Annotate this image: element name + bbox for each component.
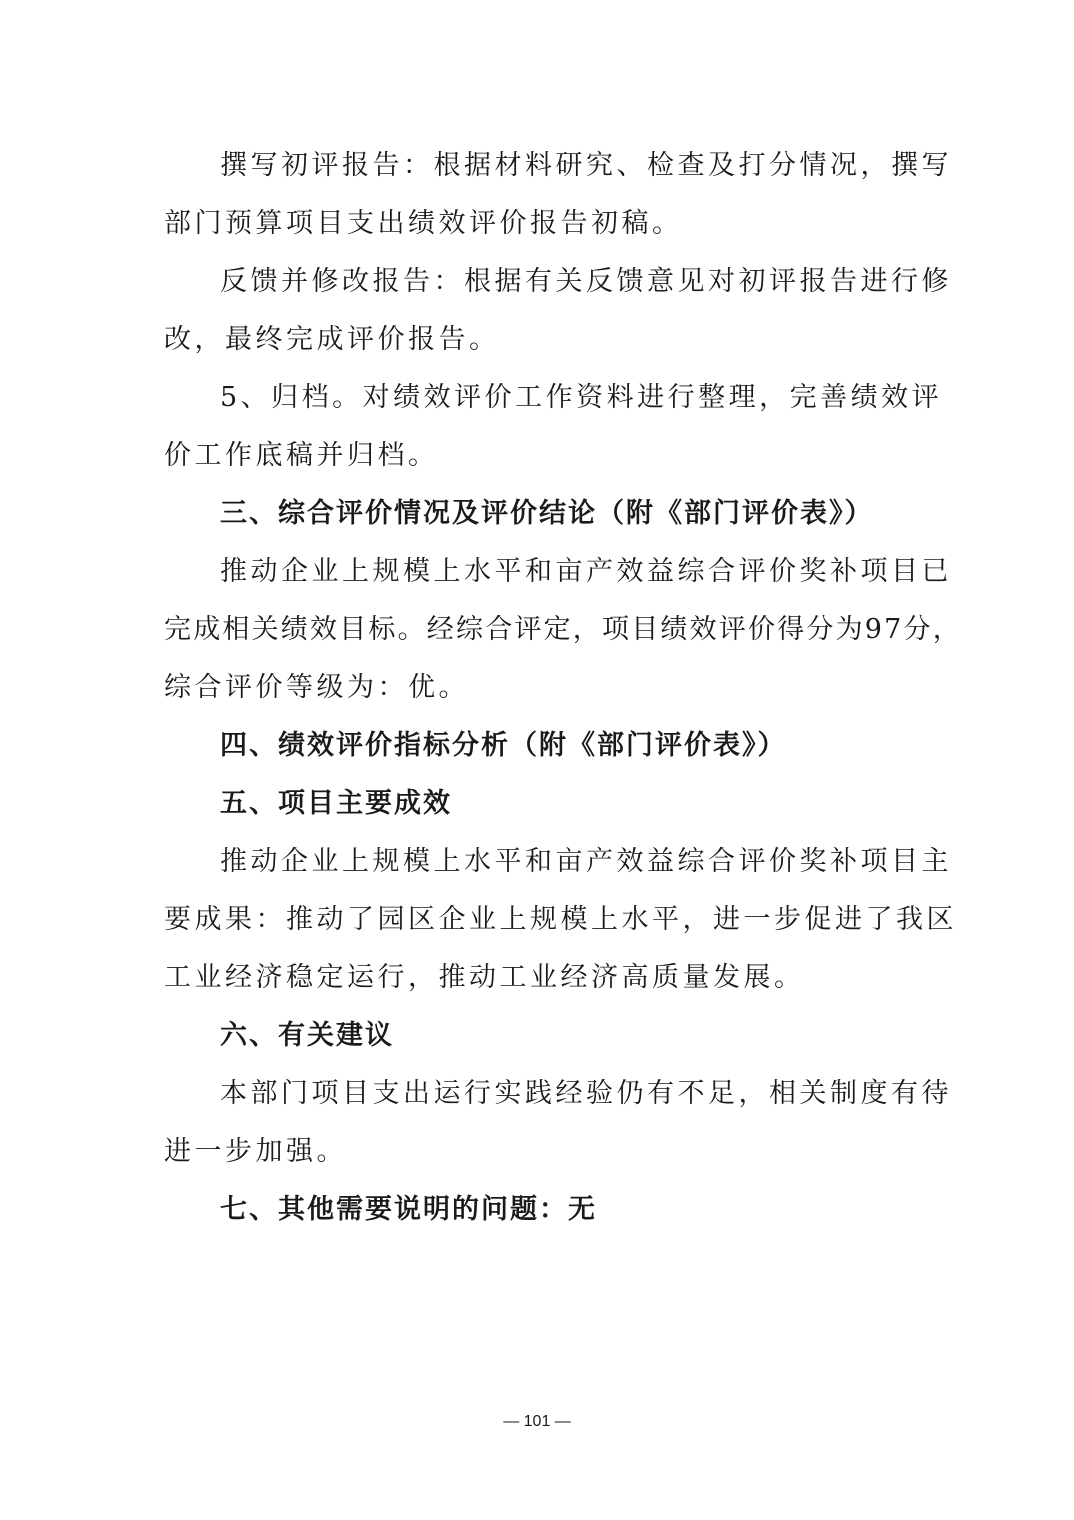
paragraph-line: 撰写初评报告：根据材料研究、检查及打分情况，撰写 bbox=[220, 146, 952, 186]
paragraph-line: 综合评价等级为：优。 bbox=[164, 668, 469, 708]
page-number: — 101 — bbox=[0, 1413, 1074, 1431]
paragraph-line: 部门预算项目支出绩效评价报告初稿。 bbox=[164, 204, 683, 244]
paragraph-line: 价工作底稿并归档。 bbox=[164, 436, 439, 476]
paragraph-line: 推动企业上规模上水平和亩产效益综合评价奖补项目主 bbox=[220, 842, 952, 882]
section-heading: 六、有关建议 bbox=[220, 1016, 394, 1056]
paragraph-line: 反馈并修改报告：根据有关反馈意见对初评报告进行修 bbox=[220, 262, 952, 302]
paragraph-line: 5、归档。对绩效评价工作资料进行整理，完善绩效评 bbox=[220, 378, 942, 418]
paragraph-line: 进一步加强。 bbox=[164, 1132, 347, 1172]
section-heading: 四、绩效评价指标分析（附《部门评价表》） bbox=[220, 726, 787, 766]
paragraph-line: 本部门项目支出运行实践经验仍有不足，相关制度有待 bbox=[220, 1074, 952, 1114]
paragraph-line: 改，最终完成评价报告。 bbox=[164, 320, 500, 360]
paragraph-line: 完成相关绩效目标。经综合评定，项目绩效评价得分为97分， bbox=[164, 610, 962, 650]
section-heading: 七、其他需要说明的问题：无 bbox=[220, 1190, 597, 1230]
paragraph-line: 要成果：推动了园区企业上规模上水平，进一步促进了我区 bbox=[164, 900, 957, 940]
paragraph-line: 工业经济稳定运行，推动工业经济高质量发展。 bbox=[164, 958, 805, 998]
document-page: 撰写初评报告：根据材料研究、检查及打分情况，撰写 部门预算项目支出绩效评价报告初… bbox=[0, 0, 1074, 1520]
section-heading: 五、项目主要成效 bbox=[220, 784, 452, 824]
section-heading: 三、综合评价情况及评价结论（附《部门评价表》） bbox=[220, 494, 874, 534]
paragraph-line: 推动企业上规模上水平和亩产效益综合评价奖补项目已 bbox=[220, 552, 952, 592]
